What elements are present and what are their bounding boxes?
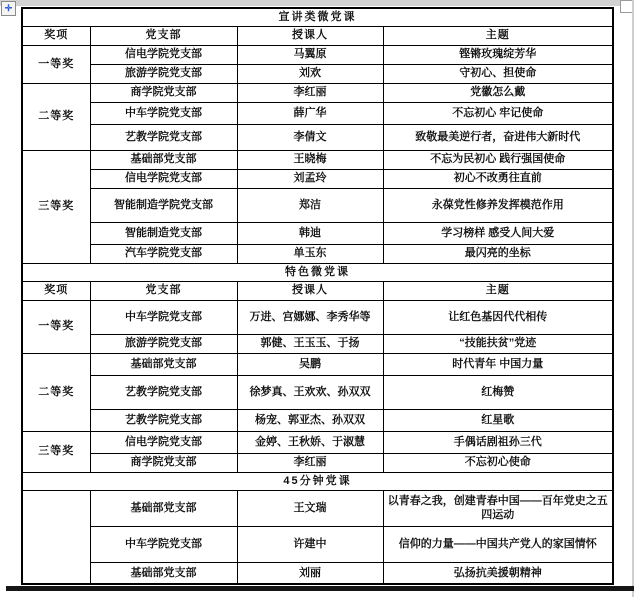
table-row: 智能制造党支部 韩迪 学习榜样 感受人间大爱 bbox=[22, 222, 613, 244]
header-row: 奖项 党支部 授课人 主题 bbox=[22, 281, 613, 300]
lecturer-cell: 郑洁 bbox=[237, 188, 383, 222]
table-move-handle[interactable]: ✛ bbox=[1, 1, 16, 16]
branch-cell: 基础部党支部 bbox=[90, 490, 237, 526]
top-edge-strip bbox=[0, 0, 634, 6]
branch-cell: 旅游学院党支部 bbox=[90, 64, 237, 83]
branch-cell: 信电学院党支部 bbox=[90, 169, 237, 188]
table-row: 智能制造学院党支部 郑洁 永葆党性修养发挥模范作用 bbox=[22, 188, 613, 222]
lecturer-cell: 王文瑞 bbox=[237, 490, 383, 526]
lecturer-cell: 薛广华 bbox=[237, 102, 383, 124]
award-cell: 二等奖 bbox=[22, 83, 90, 150]
branch-cell: 中车学院党支部 bbox=[90, 526, 237, 562]
topic-cell: 党徽怎么戴 bbox=[383, 83, 613, 102]
topic-cell: 不忘初心使命 bbox=[383, 453, 613, 472]
award-cell: 二等奖 bbox=[22, 353, 90, 431]
lecturer-cell: 吴鹏 bbox=[237, 353, 383, 375]
topic-cell: 红星歌 bbox=[383, 409, 613, 431]
lecturer-cell: 刘丽 bbox=[237, 562, 383, 584]
branch-cell: 中车学院党支部 bbox=[90, 300, 237, 334]
branch-cell: 信电学院党支部 bbox=[90, 45, 237, 64]
lecturer-cell: 李红丽 bbox=[237, 453, 383, 472]
topic-cell: 守初心、担使命 bbox=[383, 64, 613, 83]
topic-cell: 永葆党性修养发挥模范作用 bbox=[383, 188, 613, 222]
branch-cell: 商学院党支部 bbox=[90, 83, 237, 102]
section-title: 特色微党课 bbox=[22, 263, 613, 281]
topic-cell: 最闪亮的坐标 bbox=[383, 244, 613, 263]
topic-cell: 信仰的力量——中国共产党人的家国情怀 bbox=[383, 526, 613, 562]
topic-cell: 不忘为民初心 践行强国使命 bbox=[383, 150, 613, 169]
topic-cell: “技能扶贫”党迹 bbox=[383, 334, 613, 353]
lecturer-cell: 李红丽 bbox=[237, 83, 383, 102]
branch-cell: 智能制造党支部 bbox=[90, 222, 237, 244]
lecturer-cell: 刘欢 bbox=[237, 64, 383, 83]
awards-table: 宣讲类微党课 奖项 党支部 授课人 主题 一等奖 信电学院党支部 马翼原 铿锵玫… bbox=[21, 7, 614, 585]
table-row: 三等奖 基础部党支部 王晓梅 不忘为民初心 践行强国使命 bbox=[22, 150, 613, 169]
branch-cell: 商学院党支部 bbox=[90, 453, 237, 472]
lecturer-cell: 郭健、王玉玉、于扬 bbox=[237, 334, 383, 353]
branch-cell: 汽车学院党支部 bbox=[90, 244, 237, 263]
table-row: 中车学院党支部 薛广华 不忘初心 牢记使命 bbox=[22, 102, 613, 124]
topic-cell: 红梅赞 bbox=[383, 375, 613, 409]
lecturer-cell: 单玉东 bbox=[237, 244, 383, 263]
branch-cell: 艺教学院党支部 bbox=[90, 409, 237, 431]
table-row: 二等奖 基础部党支部 吴鹏 时代青年 中国力量 bbox=[22, 353, 613, 375]
table-row: 三等奖 信电学院党支部 金婷、王秋娇、于淑慧 手偶话剧祖孙三代 bbox=[22, 431, 613, 453]
header-row: 奖项 党支部 授课人 主题 bbox=[22, 26, 613, 45]
topic-cell: 以青春之我，创建青春中国——百年党史之五四运动 bbox=[383, 490, 613, 526]
table-row: 旅游学院党支部 刘欢 守初心、担使命 bbox=[22, 64, 613, 83]
table-row: 中车学院党支部 许建中 信仰的力量——中国共产党人的家国情怀 bbox=[22, 526, 613, 562]
table-row: 一等奖 中车学院党支部 万进、宫娜娜、李秀华等 让红色基因代代相传 bbox=[22, 300, 613, 334]
award-cell: 三等奖 bbox=[22, 150, 90, 263]
table-row: 艺教学院党支部 徐梦真、王欢欢、孙双双 红梅赞 bbox=[22, 375, 613, 409]
table-row: 商学院党支部 李红丽 不忘初心使命 bbox=[22, 453, 613, 472]
lecturer-cell: 徐梦真、王欢欢、孙双双 bbox=[237, 375, 383, 409]
branch-cell: 中车学院党支部 bbox=[90, 102, 237, 124]
table-row: 艺教学院党支部 李倩文 致敬最美逆行者，奋进伟大新时代 bbox=[22, 124, 613, 150]
topic-cell: 时代青年 中国力量 bbox=[383, 353, 613, 375]
lecturer-cell: 刘孟玲 bbox=[237, 169, 383, 188]
branch-cell: 艺教学院党支部 bbox=[90, 375, 237, 409]
page-bottom-edge bbox=[6, 586, 634, 591]
section-title: 宣讲类微党课 bbox=[22, 8, 613, 26]
topic-cell: 不忘初心 牢记使命 bbox=[383, 102, 613, 124]
lecturer-cell: 马翼原 bbox=[237, 45, 383, 64]
col-header-lecturer: 授课人 bbox=[237, 281, 383, 300]
col-header-topic: 主题 bbox=[383, 26, 613, 45]
lecturer-cell: 金婷、王秋娇、于淑慧 bbox=[237, 431, 383, 453]
topic-cell: 学习榜样 感受人间大爱 bbox=[383, 222, 613, 244]
lecturer-cell: 万进、宫娜娜、李秀华等 bbox=[237, 300, 383, 334]
col-header-award: 奖项 bbox=[22, 281, 90, 300]
lecturer-cell: 李倩文 bbox=[237, 124, 383, 150]
branch-cell: 基础部党支部 bbox=[90, 562, 237, 584]
lecturer-cell: 杨宠、郭亚杰、孙双双 bbox=[237, 409, 383, 431]
branch-cell: 智能制造学院党支部 bbox=[90, 188, 237, 222]
award-cell: 一等奖 bbox=[22, 45, 90, 83]
col-header-award: 奖项 bbox=[22, 26, 90, 45]
section-title: 45分钟党课 bbox=[22, 472, 613, 490]
table-row: 基础部党支部 刘丽 弘扬抗美援朝精神 bbox=[22, 562, 613, 584]
col-header-branch: 党支部 bbox=[90, 26, 237, 45]
table-row: 基础部党支部 王文瑞 以青春之我，创建青春中国——百年党史之五四运动 bbox=[22, 490, 613, 526]
table-row: 二等奖 商学院党支部 李红丽 党徽怎么戴 bbox=[22, 83, 613, 102]
award-cell bbox=[22, 490, 90, 584]
branch-cell: 基础部党支部 bbox=[90, 353, 237, 375]
table-move-icon: ✛ bbox=[5, 4, 13, 13]
table-row: 汽车学院党支部 单玉东 最闪亮的坐标 bbox=[22, 244, 613, 263]
table-row: 一等奖 信电学院党支部 马翼原 铿锵玫瑰绽芳华 bbox=[22, 45, 613, 64]
topic-cell: 初心不改勇往直前 bbox=[383, 169, 613, 188]
topic-cell: 让红色基因代代相传 bbox=[383, 300, 613, 334]
lecturer-cell: 韩迪 bbox=[237, 222, 383, 244]
topic-cell: 铿锵玫瑰绽芳华 bbox=[383, 45, 613, 64]
lecturer-cell: 许建中 bbox=[237, 526, 383, 562]
table-row: 信电学院党支部 刘孟玲 初心不改勇往直前 bbox=[22, 169, 613, 188]
branch-cell: 信电学院党支部 bbox=[90, 431, 237, 453]
topic-cell: 致敬最美逆行者，奋进伟大新时代 bbox=[383, 124, 613, 150]
col-header-topic: 主题 bbox=[383, 281, 613, 300]
topic-cell: 手偶话剧祖孙三代 bbox=[383, 431, 613, 453]
table-row: 旅游学院党支部 郭健、王玉玉、于扬 “技能扶贫”党迹 bbox=[22, 334, 613, 353]
award-cell: 一等奖 bbox=[22, 300, 90, 353]
branch-cell: 基础部党支部 bbox=[90, 150, 237, 169]
col-header-lecturer: 授课人 bbox=[237, 26, 383, 45]
table-row: 艺教学院党支部 杨宠、郭亚杰、孙双双 红星歌 bbox=[22, 409, 613, 431]
branch-cell: 艺教学院党支部 bbox=[90, 124, 237, 150]
topic-cell: 弘扬抗美援朝精神 bbox=[383, 562, 613, 584]
lecturer-cell: 王晓梅 bbox=[237, 150, 383, 169]
branch-cell: 旅游学院党支部 bbox=[90, 334, 237, 353]
col-header-branch: 党支部 bbox=[90, 281, 237, 300]
award-cell: 三等奖 bbox=[22, 431, 90, 472]
